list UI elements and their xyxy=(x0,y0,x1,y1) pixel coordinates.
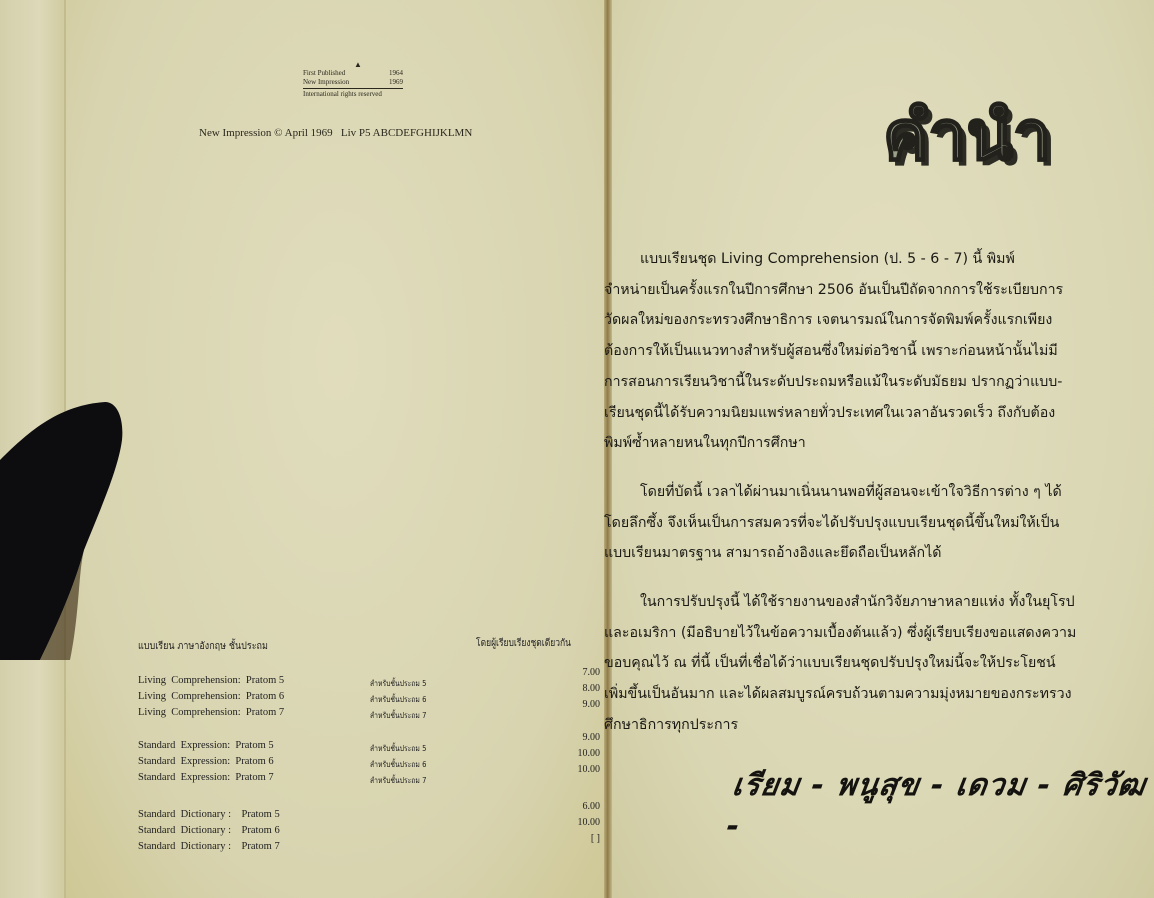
price-row: Standard Expression: Pratom 5 สำหรับชั้น… xyxy=(138,738,604,754)
book-grade-thai: สำหรับชั้นประถม 7 xyxy=(370,709,426,722)
price-row: Standard Expression: Pratom 6 สำหรับชั้น… xyxy=(138,754,604,770)
imprint-label: New Impression xyxy=(303,78,349,87)
book-title: Standard Dictionary : Pratom 5 xyxy=(138,809,280,820)
price-group-standard-dictionary: Standard Dictionary : Pratom 5 6.00 Stan… xyxy=(138,807,604,855)
price-group-standard-expression: Standard Expression: Pratom 5 สำหรับชั้น… xyxy=(138,738,604,786)
book-price: 9.00 xyxy=(583,732,601,743)
new-impression-line: New Impression © April 1969 Liv P5 ABCDE… xyxy=(199,127,472,139)
book-price: 9.00 xyxy=(583,699,601,710)
book-price: [ ] xyxy=(591,833,600,844)
price-row: Living Comprehension: Pratom 5 สำหรับชั้… xyxy=(138,673,604,689)
book-price: 10.00 xyxy=(578,817,601,828)
imprint-divider xyxy=(303,88,403,89)
price-group-living-comprehension: Living Comprehension: Pratom 5 สำหรับชั้… xyxy=(138,673,604,721)
book-title: Standard Expression: Pratom 5 xyxy=(138,740,274,751)
book-price: 10.00 xyxy=(578,764,601,775)
imprint-year: 1969 xyxy=(389,78,403,87)
preface-paragraph: โดยที่บัดนี้ เวลาได้ผ่านมาเนิ่นนานพอที่ผ… xyxy=(604,477,1090,569)
book-price: 6.00 xyxy=(583,801,601,812)
text-line: เรียนชุดนี้ได้รับความนิยมแพร่หลายทั่วประ… xyxy=(604,398,1090,429)
text-line: ในการปรับปรุงนี้ ได้ใช้รายงานของสำนักวิจ… xyxy=(604,587,1090,618)
price-row: Standard Dictionary : Pratom 7 [ ] xyxy=(138,839,604,855)
text-line: วัดผลใหม่ของกระทรวงศึกษาธิการ เจตนารมณ์ใ… xyxy=(604,305,1090,336)
book-title: Standard Dictionary : Pratom 7 xyxy=(138,841,280,852)
imprint-block: ▲ First Published 1964 New Impression 19… xyxy=(303,61,403,99)
book-price: 7.00 xyxy=(583,667,601,678)
text-line: ขอบคุณไว้ ณ ที่นี้ เป็นที่เชื่อได้ว่าแบบ… xyxy=(604,648,1090,679)
price-row: Living Comprehension: Pratom 6 สำหรับชั้… xyxy=(138,689,604,705)
preface-body: แบบเรียนชุด Living Comprehension (ป. 5 -… xyxy=(604,244,1090,741)
text-line: ต้องการให้เป็นแนวทางสำหรับผู้สอนซึ่งใหม่… xyxy=(604,336,1090,367)
imprint-year: 1964 xyxy=(389,69,403,78)
text-line: เพิ่มขึ้นเป็นอันมาก และได้ผลสมบูรณ์ครบถ้… xyxy=(604,679,1090,710)
text-line: พิมพ์ซ้ำหลายหนในทุกปีการศึกษา xyxy=(604,428,1090,459)
bookmark-ribbon xyxy=(0,400,124,660)
price-list-header-left: แบบเรียน ภาษาอังกฤษ ชั้นประถม xyxy=(138,639,268,654)
book-title: Living Comprehension: Pratom 5 xyxy=(138,675,284,686)
publisher-logo-icon: ▲ xyxy=(313,61,403,69)
imprint-row: New Impression 1969 xyxy=(303,78,403,87)
heading-text: คำนำ xyxy=(883,98,1051,170)
text-line: การสอนการเรียนวิชานี้ในระดับประถมหรือแม้… xyxy=(604,367,1090,398)
text-line: ศึกษาธิการทุกประการ xyxy=(604,710,1090,741)
price-row: Standard Expression: Pratom 7 สำหรับชั้น… xyxy=(138,770,604,786)
author-signature: เรียม - พนูสุข - เดวม - ศิริวัฒ - xyxy=(724,762,1154,844)
book-grade-thai: สำหรับชั้นประถม 7 xyxy=(370,774,426,787)
price-row: Standard Dictionary : Pratom 5 6.00 xyxy=(138,807,604,823)
page-heading: คำนำ คำนำ xyxy=(880,98,1095,170)
imprint-row: First Published 1964 xyxy=(303,69,403,78)
text-line: และอเมริกา (มีอธิบายไว้ในข้อความเบื้องต้… xyxy=(604,618,1090,649)
book-title: Standard Dictionary : Pratom 6 xyxy=(138,825,280,836)
text-line: โดยลึกซึ้ง จึงเห็นเป็นการสมควรที่จะได้ปร… xyxy=(604,508,1090,539)
book-title: Living Comprehension: Pratom 7 xyxy=(138,707,284,718)
text-line: โดยที่บัดนี้ เวลาได้ผ่านมาเนิ่นนานพอที่ผ… xyxy=(604,477,1090,508)
book-price: 8.00 xyxy=(583,683,601,694)
rights-notice: International rights reserved xyxy=(303,90,403,99)
text-line: แบบเรียนมาตรฐาน สามารถอ้างอิงและยึดถือเป… xyxy=(604,538,1090,569)
price-row: Standard Dictionary : Pratom 6 10.00 xyxy=(138,823,604,839)
text-line: จำหน่ายเป็นครั้งแรกในปีการศึกษา 2506 อัน… xyxy=(604,275,1090,306)
preface-paragraph: ในการปรับปรุงนี้ ได้ใช้รายงานของสำนักวิจ… xyxy=(604,587,1090,741)
preface-paragraph: แบบเรียนชุด Living Comprehension (ป. 5 -… xyxy=(604,244,1090,459)
imprint-label: First Published xyxy=(303,69,345,78)
book-title: Standard Expression: Pratom 6 xyxy=(138,756,274,767)
book-price: 10.00 xyxy=(578,748,601,759)
book-title: Living Comprehension: Pratom 6 xyxy=(138,691,284,702)
price-list-header-right: โดยผู้เรียบเรียงชุดเดียวกัน xyxy=(476,636,571,651)
book-title: Standard Expression: Pratom 7 xyxy=(138,772,274,783)
text-line: แบบเรียนชุด Living Comprehension (ป. 5 -… xyxy=(604,244,1090,275)
price-row: Living Comprehension: Pratom 7 สำหรับชั้… xyxy=(138,705,604,721)
